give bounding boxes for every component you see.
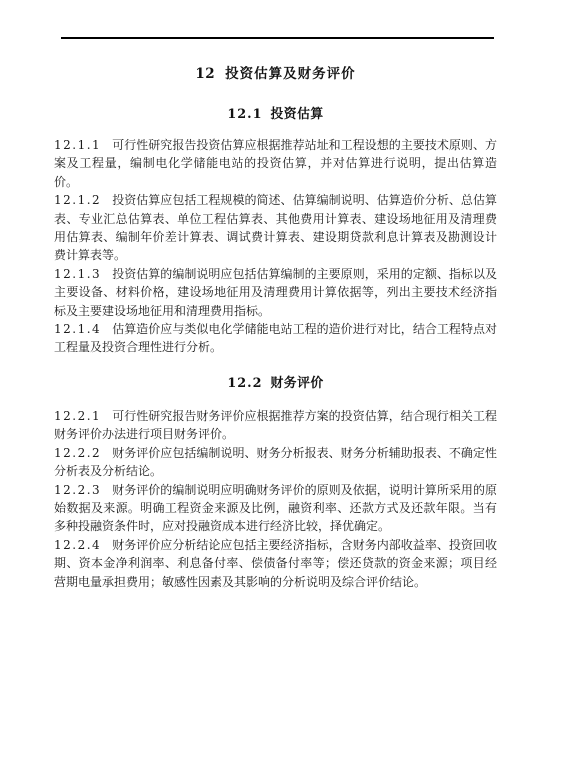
clause-12-1-3: 12.1.3投资估算的编制说明应包括估算编制的主要原则，采用的定额、指标以及主要… (54, 265, 497, 320)
clause-12-2-1: 12.2.1可行性研究报告财务评价应根据推荐方案的投资估算，结合现行相关工程财务… (54, 407, 497, 444)
clause-12-1-1: 12.1.1可行性研究报告投资估算应根据推荐站址和工程设想的主要技术原则、方案及… (54, 136, 497, 191)
clause-number: 12.1.4 (54, 322, 101, 336)
chapter-heading: 12投资估算及财务评价 (54, 0, 497, 82)
clause-text: 财务评价应分析结论应包括主要经济指标，含财务内部收益率、投资回收期、资本金净利润… (54, 538, 497, 589)
clause-12-2-3: 12.2.3财务评价的编制说明应明确财务评价的原则及依据，说明计算所采用的原始数… (54, 481, 497, 536)
clause-number: 12.2.2 (54, 446, 101, 460)
clause-number: 12.2.4 (54, 538, 101, 552)
section-number: 12.2 (227, 376, 262, 391)
section-heading-12-1: 12.1投资估算 (54, 103, 497, 122)
clause-number: 12.2.1 (54, 409, 101, 423)
document-page: 12投资估算及财务评价 12.1投资估算 12.1.1可行性研究报告投资估算应根… (0, 0, 563, 766)
clause-text: 可行性研究报告投资估算应根据推荐站址和工程设想的主要技术原则、方案及工程量，编制… (54, 138, 497, 189)
clause-text: 财务评价应包括编制说明、财务分析报表、财务分析辅助报表、不确定性分析表及分析结论… (54, 446, 497, 478)
clause-12-1-4: 12.1.4估算造价应与类似电化学储能电站工程的造价进行对比，结合工程特点对工程… (54, 320, 497, 357)
clause-text: 可行性研究报告财务评价应根据推荐方案的投资估算，结合现行相关工程财务评价办法进行… (54, 409, 497, 441)
clause-text: 财务评价的编制说明应明确财务评价的原则及依据，说明计算所采用的原始数据及来源。明… (54, 483, 497, 534)
section-title: 投资估算 (270, 107, 323, 122)
clause-12-2-2: 12.2.2财务评价应包括编制说明、财务分析报表、财务分析辅助报表、不确定性分析… (54, 444, 497, 481)
page-content: 12投资估算及财务评价 12.1投资估算 12.1.1可行性研究报告投资估算应根… (54, 0, 497, 591)
section-heading-12-2: 12.2财务评价 (54, 372, 497, 391)
section-number: 12.1 (227, 107, 262, 122)
chapter-title: 投资估算及财务评价 (225, 66, 356, 82)
clause-number: 12.1.1 (54, 138, 101, 152)
clause-12-1-2: 12.1.2投资估算应包括工程规模的简述、估算编制说明、估算造价分析、总估算表、… (54, 191, 497, 265)
section-12-2-clauses: 12.2.1可行性研究报告财务评价应根据推荐方案的投资估算，结合现行相关工程财务… (54, 407, 497, 591)
chapter-number: 12 (195, 66, 215, 82)
section-12-1-clauses: 12.1.1可行性研究报告投资估算应根据推荐站址和工程设想的主要技术原则、方案及… (54, 136, 497, 357)
section-title: 财务评价 (270, 376, 323, 391)
clause-number: 12.1.2 (54, 193, 101, 207)
clause-number: 12.1.3 (54, 267, 101, 281)
clause-12-2-4: 12.2.4财务评价应分析结论应包括主要经济指标，含财务内部收益率、投资回收期、… (54, 536, 497, 591)
clause-text: 投资估算的编制说明应包括估算编制的主要原则，采用的定额、指标以及主要设备、材料价… (54, 267, 497, 318)
clause-text: 估算造价应与类似电化学储能电站工程的造价进行对比，结合工程特点对工程量及投资合理… (54, 322, 497, 354)
clause-number: 12.2.3 (54, 483, 101, 497)
clause-text: 投资估算应包括工程规模的简述、估算编制说明、估算造价分析、总估算表、专业汇总估算… (54, 193, 497, 262)
